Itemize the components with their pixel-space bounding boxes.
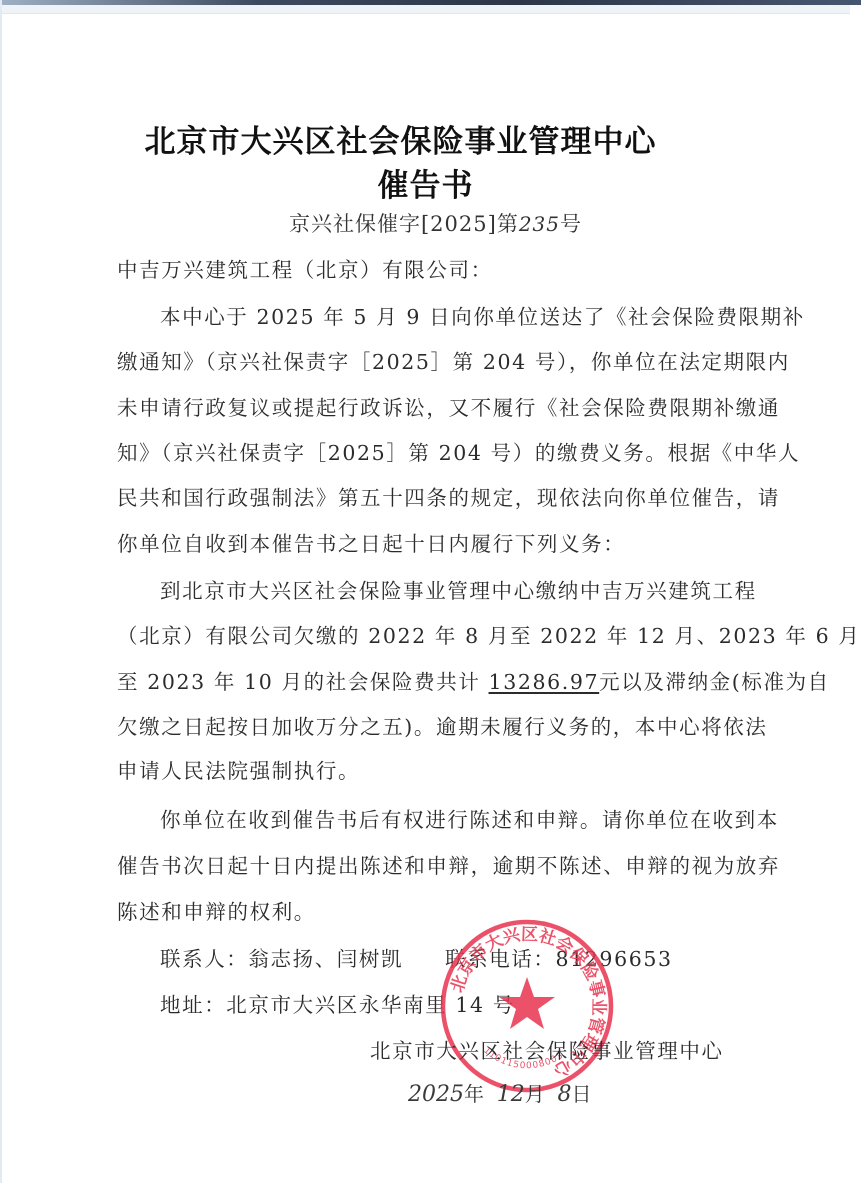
paragraph2-line: （北京）有限公司欠缴的 2022 年 8 月至 2022 年 12 月、2023… — [117, 619, 860, 649]
paragraph1-line: 民共和国行政强制法》第五十四条的规定，现依法向你单位催告，请 — [117, 481, 780, 511]
official-seal-icon: 北京市大兴区社会保险事业管理中心 1101150008003 — [438, 917, 616, 1095]
contact-persons: 联系人：翁志扬、闫树凯 — [160, 947, 403, 971]
paragraph2-line: 至 2023 年 10 月的社会保险费共计 13286.97元以及滞纳金(标准为… — [117, 665, 830, 695]
document-number: 京兴社保催字[2025]第235号 — [0, 208, 861, 238]
paragraph1-line: 你单位自收到本催告书之日起十日内履行下列义务： — [117, 527, 625, 557]
paragraph3-line: 你单位在收到催告书后有权进行陈述和申辩。请你单位在收到本 — [160, 803, 779, 833]
document-number-suffix: 号 — [560, 212, 582, 236]
paragraph1-line: 知》（京兴社保责字［2025］第 204 号）的缴费义务。根据《中华人 — [117, 436, 800, 466]
paragraph2-text: 元以及滞纳金(标准为自 — [599, 670, 830, 694]
paragraph2-line: 申请人民法院强制执行。 — [117, 754, 360, 784]
arrears-amount: 13286.97 — [489, 670, 600, 694]
signature-date: 2025年 12月 8日 — [408, 1078, 591, 1107]
date-year-label: 年 — [464, 1082, 484, 1106]
recipient: 中吉万兴建筑工程（北京）有限公司： — [117, 253, 493, 283]
paragraph2-line: 欠缴之日起按日加收万分之五)。逾期未履行义务的，本中心将依法 — [117, 710, 768, 740]
paragraph2-text: 至 2023 年 10 月的社会保险费共计 — [117, 670, 489, 694]
date-day-label: 日 — [571, 1082, 591, 1106]
date-month-label: 月 — [525, 1082, 545, 1106]
paragraph1-line: 未申请行政复议或提起行政诉讼，又不履行《社会保险费限期补缴通 — [117, 391, 780, 421]
paragraph3-line: 陈述和申辩的权利。 — [117, 895, 316, 925]
paragraph1-line: 本中心于 2025 年 5 月 9 日向你单位送达了《社会保险费限期补 — [160, 300, 805, 330]
document-number-handwritten: 235 — [519, 212, 560, 236]
date-day-handwritten: 8 — [557, 1082, 571, 1107]
document-title-org: 北京市大兴区社会保险事业管理中心 — [0, 116, 861, 161]
paragraph2-line: 到北京市大兴区社会保险事业管理中心缴纳中吉万兴建筑工程 — [160, 574, 757, 604]
document-number-prefix: 京兴社保催字[2025]第 — [289, 212, 519, 236]
contact-line: 联系人：翁志扬、闫树凯 — [160, 942, 403, 972]
date-year-handwritten: 2025 — [408, 1082, 464, 1107]
signature-organization-text: 北京市大兴区社会保险事业管理中心 — [370, 1034, 724, 1064]
scan-top-shadow — [0, 5, 850, 14]
paragraph3-line: 催告书次日起十日内提出陈述和申辩，逾期不陈述、申辩的视为放弃 — [117, 849, 780, 879]
paragraph1-line: 缴通知》（京兴社保责字［2025］第 204 号），你单位在法定期限内 — [117, 345, 790, 375]
date-month-handwritten: 12 — [497, 1082, 525, 1107]
document-title: 催告书 — [0, 160, 861, 205]
